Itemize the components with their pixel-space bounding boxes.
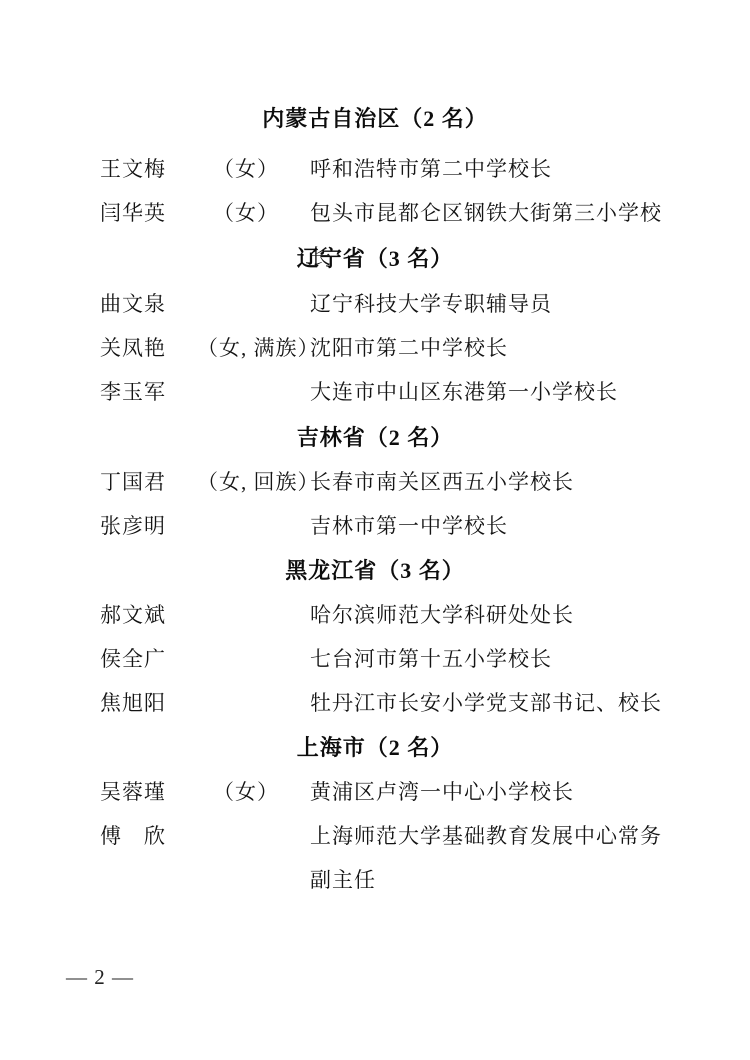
person-name: 吴蓉瑾 [100,770,166,814]
person-position: 哈尔滨师范大学科研处处长 [310,593,666,637]
person-gender: （女, 满族） [197,326,320,370]
table-row: 闫华英 （女） 包头市昆都仑区钢铁大街第三小学校长 [0,191,750,235]
person-position: 沈阳市第二中学校长 [310,326,666,370]
table-row: 李玉军 大连市中山区东港第一小学校长 [0,370,750,414]
person-name: 张彦明 [100,504,166,548]
section-heading-neimenggu: 内蒙古自治区（2 名） [0,106,750,132]
person-name: 郝文斌 [100,593,166,637]
table-row: 王文梅 （女） 呼和浩特市第二中学校长 [0,147,750,191]
person-name: 丁国君 [100,460,166,504]
table-row: 关凤艳 （女, 满族） 沈阳市第二中学校长 [0,326,750,370]
person-position: 辽宁科技大学专职辅导员 [310,282,666,326]
person-position: 黄浦区卢湾一中心小学校长 [310,770,666,814]
page-number: — 2 — [66,966,134,989]
person-position: 七台河市第十五小学校长 [310,637,666,681]
person-name: 焦旭阳 [100,681,166,725]
table-row: 吴蓉瑾 （女） 黄浦区卢湾一中心小学校长 [0,770,750,814]
person-name: 傅 欣 [100,814,166,858]
person-name: 关凤艳 [100,326,166,370]
section-heading-heilongjiang: 黑龙江省（3 名） [0,558,750,584]
person-position: 上海师范大学基础教育发展中心常务副主任 [310,814,666,902]
person-name: 王文梅 [100,147,166,191]
table-row: 张彦明 吉林市第一中学校长 [0,504,750,548]
person-position: 大连市中山区东港第一小学校长 [310,370,666,414]
table-row: 郝文斌 哈尔滨师范大学科研处处长 [0,593,750,637]
section-heading-shanghai: 上海市（2 名） [0,735,750,761]
document-page: 内蒙古自治区（2 名） 王文梅 （女） 呼和浩特市第二中学校长 闫华英 （女） … [0,0,750,1060]
person-name: 闫华英 [100,191,166,235]
section-heading-liaoning: 辽宁省（3 名） [0,246,750,272]
person-position: 吉林市第一中学校长 [310,504,666,548]
section-heading-jilin: 吉林省（2 名） [0,425,750,451]
person-name: 侯全广 [100,637,166,681]
table-row: 曲文泉 辽宁科技大学专职辅导员 [0,282,750,326]
table-row: 丁国君 （女, 回族） 长春市南关区西五小学校长 [0,460,750,504]
person-position: 呼和浩特市第二中学校长 [310,147,666,191]
person-gender: （女） [213,191,279,235]
person-gender: （女） [213,147,279,191]
person-gender: （女, 回族） [197,460,320,504]
table-row: 焦旭阳 牡丹江市长安小学党支部书记、校长 [0,681,750,725]
person-name: 李玉军 [100,370,166,414]
person-name: 曲文泉 [100,282,166,326]
person-position: 牡丹江市长安小学党支部书记、校长 [310,681,666,725]
person-position: 长春市南关区西五小学校长 [310,460,666,504]
table-row: 傅 欣 上海师范大学基础教育发展中心常务副主任 [0,814,750,902]
table-row: 侯全广 七台河市第十五小学校长 [0,637,750,681]
person-gender: （女） [213,770,279,814]
